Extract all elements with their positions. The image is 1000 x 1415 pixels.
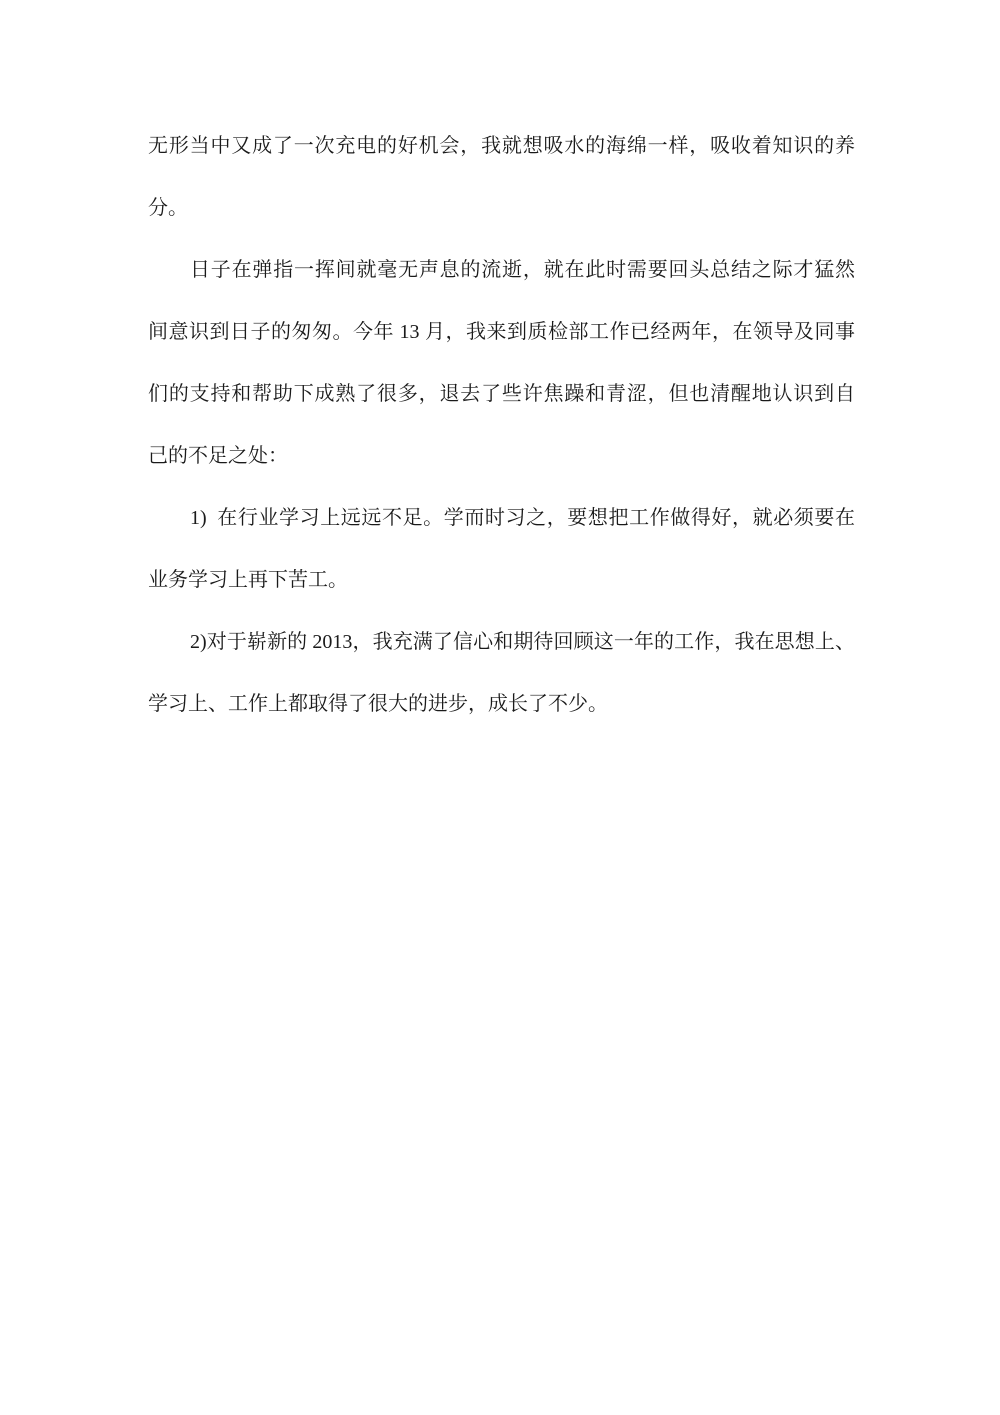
text-line: 分。 [148,177,855,239]
text-line: 间意识到日子的匆匆。今年 13 月，我来到质检部工作已经两年，在领导及同事 [148,301,855,363]
text-line: 己的不足之处： [148,425,855,487]
text-line: 日子在弹指一挥间就毫无声息的流逝，就在此时需要回头总结之际才猛然 [148,239,855,301]
text-line: 2)对于崭新的 2013，我充满了信心和期待回顾这一年的工作，我在思想上、 [148,611,855,673]
text-line: 学习上、工作上都取得了很大的进步，成长了不少。 [148,673,855,735]
document-text-block: 无形当中又成了一次充电的好机会，我就想吸水的海绵一样，吸收着知识的养 分。 日子… [148,115,855,735]
document-page: 无形当中又成了一次充电的好机会，我就想吸水的海绵一样，吸收着知识的养 分。 日子… [0,0,1000,1415]
text-line: 无形当中又成了一次充电的好机会，我就想吸水的海绵一样，吸收着知识的养 [148,115,855,177]
text-line: 1) 在行业学习上远远不足。学而时习之，要想把工作做得好，就必须要在 [148,487,855,549]
text-line: 业务学习上再下苦工。 [148,549,855,611]
text-line: 们的支持和帮助下成熟了很多，退去了些许焦躁和青涩，但也清醒地认识到自 [148,363,855,425]
